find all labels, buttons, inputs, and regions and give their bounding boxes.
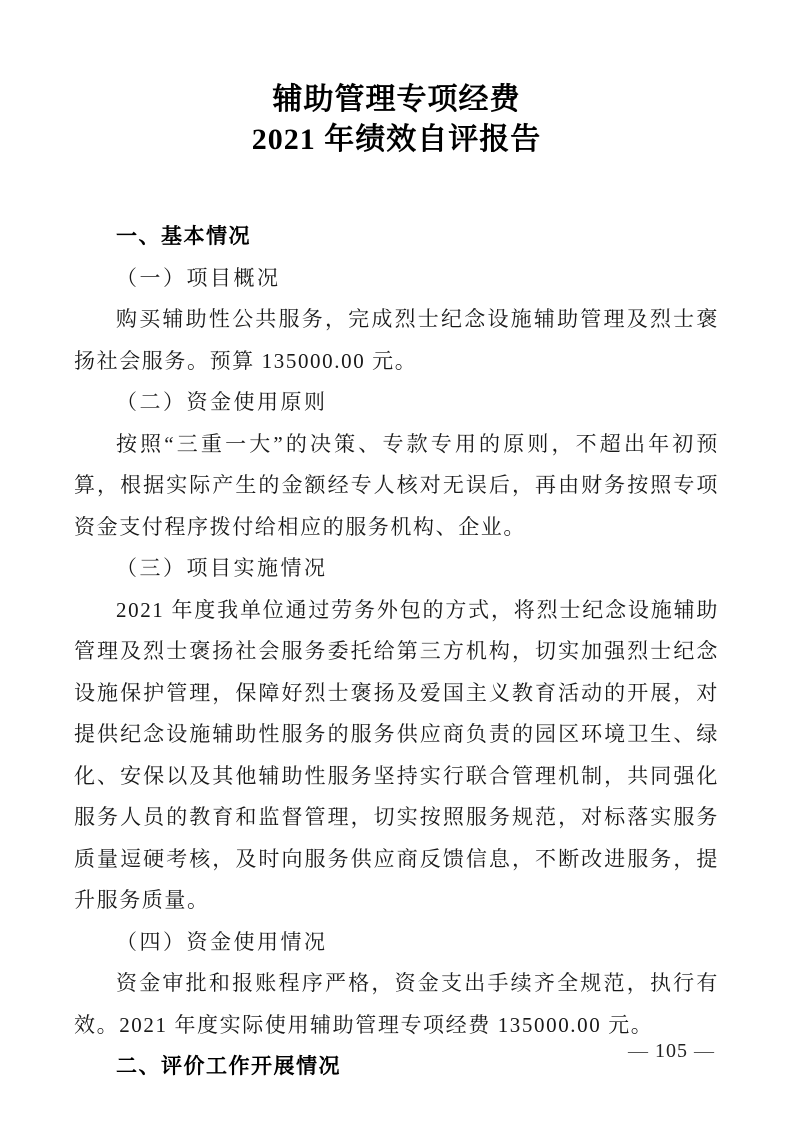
document-page: 辅助管理专项经费 2021 年绩效自评报告 一、基本情况 （一）项目概况 购买辅…	[0, 0, 793, 1122]
page-number: —105—	[622, 1040, 721, 1063]
paragraph-implementation: 2021 年度我单位通过劳务外包的方式，将烈士纪念设施辅助管理及烈士褒扬社会服务…	[74, 590, 719, 922]
paragraph-fund-use-principle: 按照“三重一大”的决策、专款专用的原则，不超出年初预算，根据实际产生的金额经专人…	[74, 424, 719, 549]
section-heading-basic-situation: 一、基本情况	[74, 216, 719, 258]
paragraph-project-overview: 购买辅助性公共服务，完成烈士纪念设施辅助管理及烈士褒扬社会服务。预算 13500…	[74, 299, 719, 382]
subsection-heading-project-overview: （一）项目概况	[74, 258, 719, 300]
subsection-heading-fund-use-principle: （二）资金使用原则	[74, 382, 719, 424]
document-title: 辅助管理专项经费 2021 年绩效自评报告	[74, 80, 719, 160]
page-number-right-dash: —	[688, 1040, 721, 1062]
document-title-line1: 辅助管理专项经费	[74, 80, 719, 120]
subsection-heading-fund-use-situation: （四）资金使用情况	[74, 922, 719, 964]
subsection-heading-implementation: （三）项目实施情况	[74, 548, 719, 590]
document-title-line2: 2021 年绩效自评报告	[74, 120, 719, 160]
page-number-value: 105	[655, 1040, 688, 1062]
paragraph-fund-use-situation: 资金审批和报账程序严格，资金支出手续齐全规范，执行有效。2021 年度实际使用辅…	[74, 963, 719, 1046]
document-body: 一、基本情况 （一）项目概况 购买辅助性公共服务，完成烈士纪念设施辅助管理及烈士…	[74, 216, 719, 1088]
page-number-left-dash: —	[622, 1040, 655, 1062]
